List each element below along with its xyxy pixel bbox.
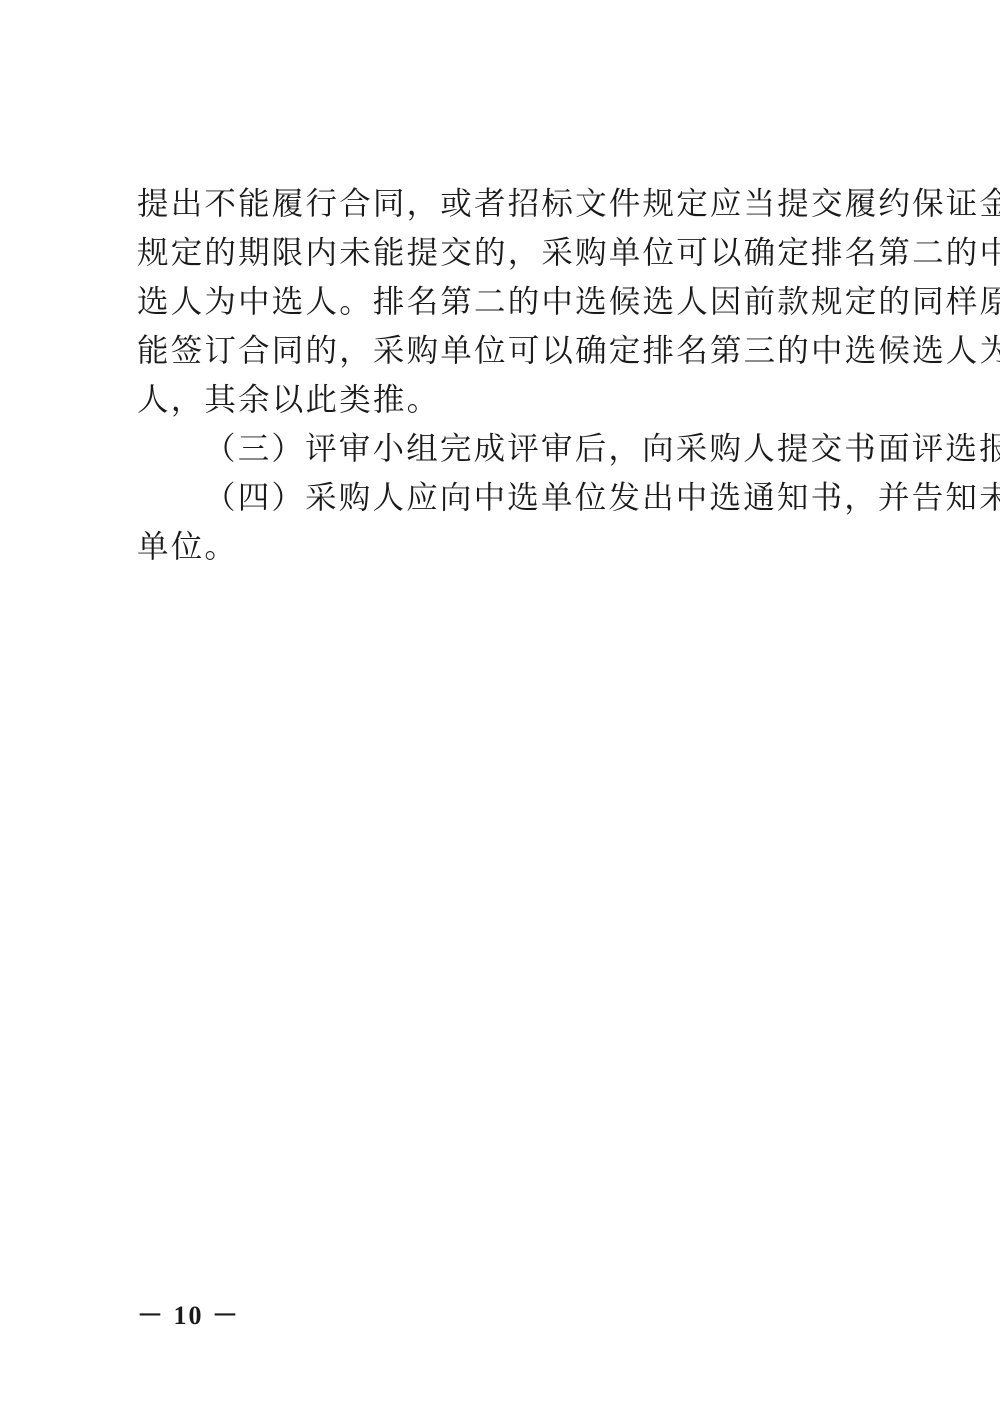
paragraph-line: 能签订合同的，采购单位可以确定排名第三的中选候选人为中选: [137, 327, 882, 376]
paragraph-line: 提出不能履行合同，或者招标文件规定应当提交履约保证金而在: [137, 180, 882, 229]
body-text: 提出不能履行合同，或者招标文件规定应当提交履约保证金而在 规定的期限内未能提交的…: [137, 180, 882, 572]
page-number: － 10 －: [137, 1295, 240, 1332]
paragraph-line: 单位。: [137, 523, 882, 572]
paragraph-line: 选人为中选人。排名第二的中选候选人因前款规定的同样原因不: [137, 278, 882, 327]
document-page: 提出不能履行合同，或者招标文件规定应当提交履约保证金而在 规定的期限内未能提交的…: [0, 0, 1000, 1414]
paragraph-line: 人，其余以此类推。: [137, 376, 882, 425]
clause-four: （四）采购人应向中选单位发出中选通知书，并告知未中选: [137, 474, 882, 523]
paragraph-line: 规定的期限内未能提交的，采购单位可以确定排名第二的中选候: [137, 229, 882, 278]
clause-three: （三）评审小组完成评审后，向采购人提交书面评选报告。: [137, 425, 882, 474]
